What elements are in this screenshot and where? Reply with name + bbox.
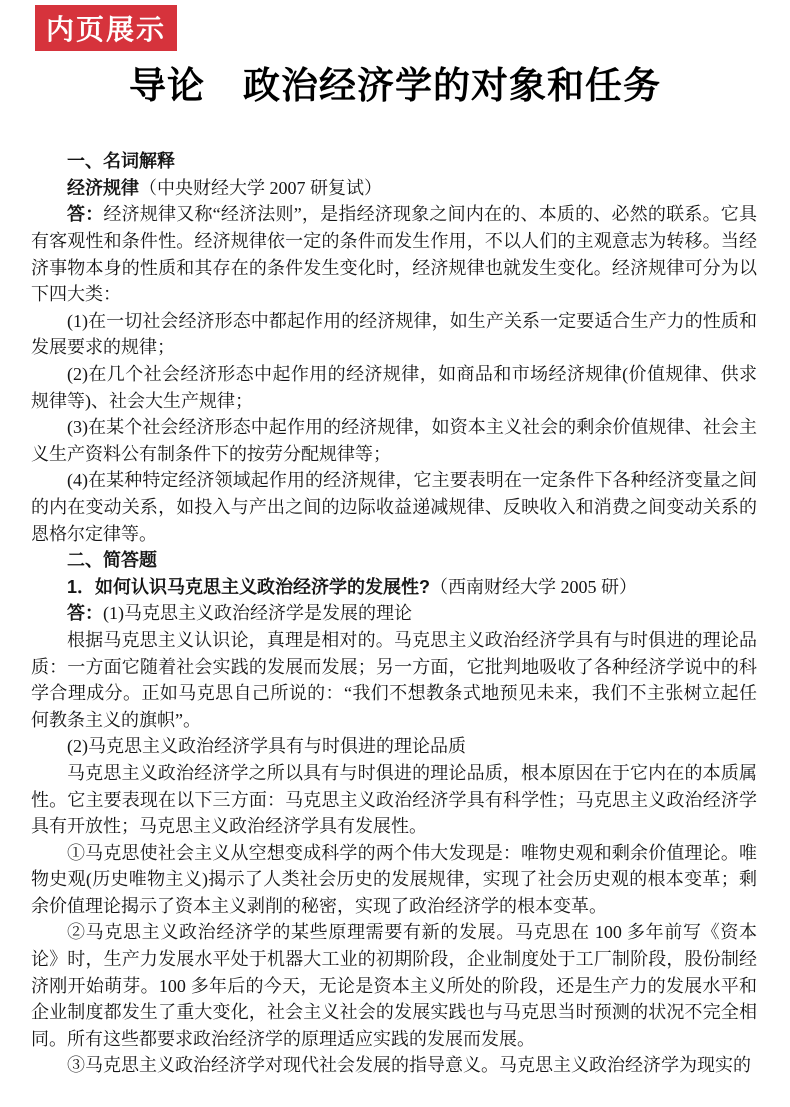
paragraph-lead: 一、名词解释: [67, 151, 175, 171]
chapter-title: 导论 政治经济学的对象和任务: [20, 64, 770, 110]
paragraph-lead: 1．如何认识马克思主义政治经济学的发展性?: [67, 577, 430, 597]
article-body: 一、名词解释 经济规律（中央财经大学 2007 研复试） 答：经济规律又称“经济…: [31, 148, 757, 1079]
paragraph-body: （中央财经大学 2007 研复试）: [139, 178, 382, 198]
book-inner-page: 内页展示 导论 政治经济学的对象和任务 一、名词解释 经济规律（中央财经大学 2…: [0, 0, 790, 1107]
paragraph-body: (1)在一切社会经济形态中都起作用的经济规律，如生产关系一定要适合生产力的性质和…: [31, 311, 757, 358]
paragraph-lead: 答：: [67, 204, 103, 224]
answer-2-para-2: 马克思主义政治经济学之所以具有与时俱进的理论品质，根本原因在于它内在的本质属性。…: [31, 760, 757, 840]
paragraph-body: 根据马克思主义认识论，真理是相对的。马克思主义政治经济学具有与时俱进的理论品质：…: [31, 630, 757, 730]
law-type-3: (3)在某个社会经济形态中起作用的经济规律，如资本主义社会的剩余价值规律、社会主…: [31, 414, 757, 467]
paragraph-body: (2)马克思主义政治经济学具有与时俱进的理论品质: [67, 736, 466, 756]
paragraph-lead: 答：: [67, 603, 103, 623]
question-1: 1．如何认识马克思主义政治经济学的发展性?（西南财经大学 2005 研）: [31, 574, 757, 601]
paragraph-body: 经济规律又称“经济法则”，是指经济现象之间内在的、本质的、必然的联系。它具有客观…: [31, 204, 757, 304]
answer-2-para-1: 根据马克思主义认识论，真理是相对的。马克思主义政治经济学具有与时俱进的理论品质：…: [31, 627, 757, 733]
term-economic-law: 经济规律（中央财经大学 2007 研复试）: [31, 175, 757, 202]
paragraph-body: （西南财经大学 2005 研）: [430, 577, 637, 597]
answer-2-point-1: 答：(1)马克思主义政治经济学是发展的理论: [31, 600, 757, 627]
badge-label: 内页展示: [46, 8, 166, 48]
paragraph-body: (1)马克思主义政治经济学是发展的理论: [103, 603, 412, 623]
answer-2-sub-3: ③马克思主义政治经济学对现代社会发展的指导意义。马克思主义政治经济学为现实的: [31, 1052, 757, 1079]
paragraph-body: 马克思主义政治经济学之所以具有与时俱进的理论品质，根本原因在于它内在的本质属性。…: [31, 763, 757, 836]
law-type-4: (4)在某种特定经济领域起作用的经济规律，它主要表明在一定条件下各种经济变量之间…: [31, 467, 757, 547]
answer-2-sub-2: ②马克思主义政治经济学的某些原理需要有新的发展。马克思在 100 多年前写《资本…: [31, 919, 757, 1052]
law-type-2: (2)在几个社会经济形态中起作用的经济规律，如商品和市场经济规律(价值规律、供求…: [31, 361, 757, 414]
answer-1-intro: 答：经济规律又称“经济法则”，是指经济现象之间内在的、本质的、必然的联系。它具有…: [31, 201, 757, 307]
answer-2-point-2: (2)马克思主义政治经济学具有与时俱进的理论品质: [31, 733, 757, 760]
law-type-1: (1)在一切社会经济形态中都起作用的经济规律，如生产关系一定要适合生产力的性质和…: [31, 308, 757, 361]
paragraph-body: (4)在某种特定经济领域起作用的经济规律，它主要表明在一定条件下各种经济变量之间…: [31, 470, 757, 543]
paragraph-body: (3)在某个社会经济形态中起作用的经济规律，如资本主义社会的剩余价值规律、社会主…: [31, 417, 757, 464]
inner-page-display-badge: 内页展示: [35, 5, 177, 51]
paragraph-body: (2)在几个社会经济形态中起作用的经济规律，如商品和市场经济规律(价值规律、供求…: [31, 364, 757, 411]
paragraph-body: ③马克思主义政治经济学对现代社会发展的指导意义。马克思主义政治经济学为现实的: [67, 1055, 751, 1075]
paragraph-lead: 经济规律: [67, 178, 139, 198]
paragraph-lead: 二、简答题: [67, 550, 157, 570]
paragraph-body: ②马克思主义政治经济学的某些原理需要有新的发展。马克思在 100 多年前写《资本…: [31, 922, 757, 1048]
section-2-heading: 二、简答题: [31, 547, 757, 574]
section-1-heading: 一、名词解释: [31, 148, 757, 175]
answer-2-sub-1: ①马克思使社会主义从空想变成科学的两个伟大发现是：唯物史观和剩余价值理论。唯物史…: [31, 840, 757, 920]
paragraph-body: ①马克思使社会主义从空想变成科学的两个伟大发现是：唯物史观和剩余价值理论。唯物史…: [31, 843, 757, 916]
